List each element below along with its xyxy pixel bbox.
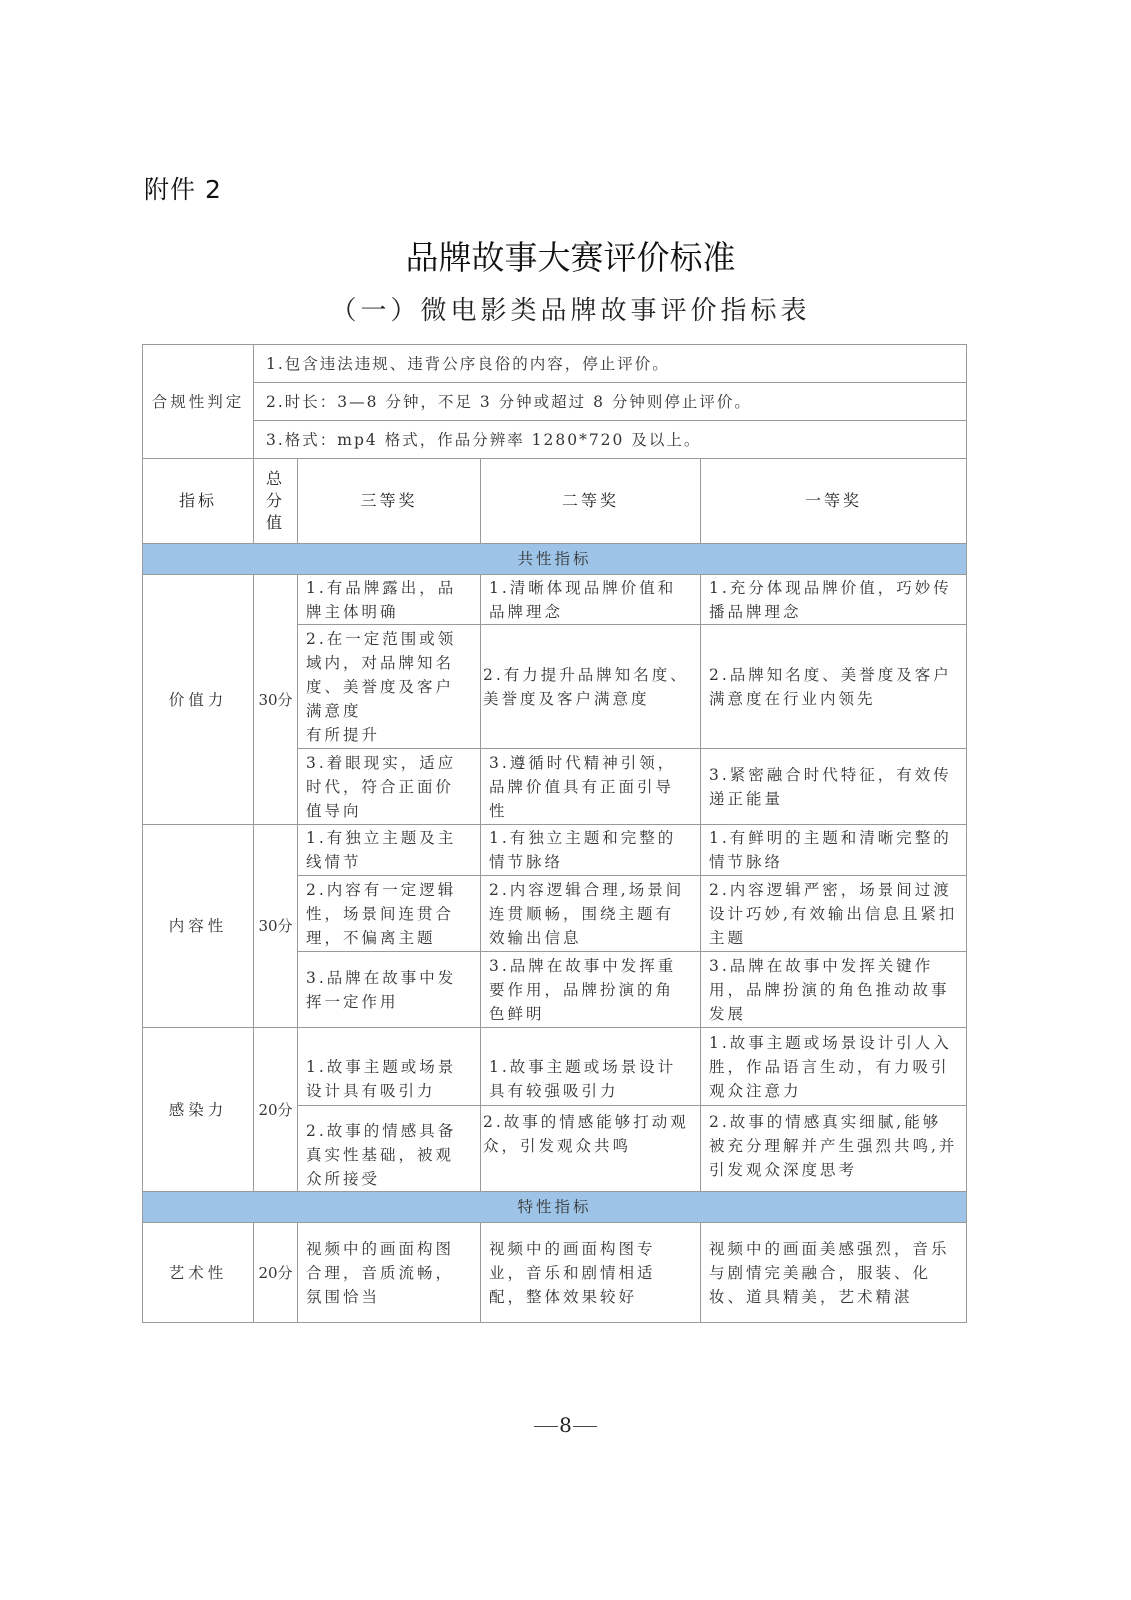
criterion-first: 2.品牌知名度、美誉度及客户满意度在行业内领先 xyxy=(701,625,967,749)
criterion-first: 1.充分体现品牌价值，巧妙传播品牌理念 xyxy=(701,575,967,625)
criterion-first: 1.有鲜明的主题和清晰完整的情节脉络 xyxy=(701,825,967,876)
criterion-first: 视频中的画面美感强烈，音乐与剧情完美融合，服装、化妆、道具精美，艺术精湛 xyxy=(701,1223,967,1323)
indicator-score: 30分 xyxy=(254,825,298,1028)
header-first-prize: 一等奖 xyxy=(701,459,967,544)
section-row-common: 共性指标 xyxy=(143,544,967,575)
compliance-row: 合规性判定 1.包含违法违规、违背公序良俗的内容，停止评价。 xyxy=(143,345,967,383)
indicator-score: 20分 xyxy=(254,1028,298,1192)
table-row: 感染力 20分 1.故事主题或场景设计具有吸引力 1.故事主题或场景设计具有较强… xyxy=(143,1028,967,1106)
criterion-third: 视频中的画面构图合理，音质流畅，氛围恰当 xyxy=(298,1223,481,1323)
header-indicator: 指标 xyxy=(143,459,254,544)
dash-right xyxy=(573,1426,597,1427)
criterion-third: 3.品牌在故事中发挥一定作用 xyxy=(298,952,481,1028)
table-header-row: 指标 总 分 值 三等奖 二等奖 一等奖 xyxy=(143,459,967,544)
indicator-name: 内容性 xyxy=(143,825,254,1028)
section-row-special: 特性指标 xyxy=(143,1192,967,1223)
indicator-score: 20分 xyxy=(254,1223,298,1323)
criterion-second: 3.遵循时代精神引领，品牌价值具有正面引导性 xyxy=(481,749,701,825)
criterion-second: 1.有独立主题和完整的情节脉络 xyxy=(481,825,701,876)
compliance-label: 合规性判定 xyxy=(143,345,254,459)
header-third-prize: 三等奖 xyxy=(298,459,481,544)
indicator-score: 30分 xyxy=(254,575,298,825)
criterion-third: 2.故事的情感具备真实性基础，被观众所接受 xyxy=(298,1106,481,1192)
criterion-third: 2.内容有一定逻辑性，场景间连贯合理，不偏离主题 xyxy=(298,876,481,952)
table-row: 内容性 30分 1.有独立主题及主线情节 1.有独立主题和完整的情节脉络 1.有… xyxy=(143,825,967,876)
attachment-label: 附件 2 xyxy=(144,170,222,206)
compliance-rule: 1.包含违法违规、违背公序良俗的内容，停止评价。 xyxy=(254,345,967,383)
page-number-value: 8 xyxy=(559,1413,572,1437)
table-row: 价值力 30分 1.有品牌露出，品牌主体明确 1.清晰体现品牌价值和品牌理念 1… xyxy=(143,575,967,625)
dash-left xyxy=(534,1426,558,1427)
criterion-first: 3.品牌在故事中发挥关键作用，品牌扮演的角色推动故事发展 xyxy=(701,952,967,1028)
criterion-text: 2.在一定范围或领域内，对品牌知名度、美誉度及客户满意度 有所提升 xyxy=(306,630,456,744)
header-total-score-char: 总 xyxy=(262,468,289,490)
section-label: 特性指标 xyxy=(143,1192,967,1223)
compliance-rule: 2.时长：3—8 分钟，不足 3 分钟或超过 8 分钟则停止评价。 xyxy=(254,383,967,421)
criterion-first: 3.紧密融合时代特征，有效传递正能量 xyxy=(701,749,967,825)
header-total-score: 总 分 值 xyxy=(254,459,298,544)
compliance-row: 2.时长：3—8 分钟，不足 3 分钟或超过 8 分钟则停止评价。 xyxy=(143,383,967,421)
compliance-row: 3.格式：mp4 格式，作品分辨率 1280*720 及以上。 xyxy=(143,421,967,459)
criterion-second: 视频中的画面构图专业，音乐和剧情相适配，整体效果较好 xyxy=(481,1223,701,1323)
indicator-name: 价值力 xyxy=(143,575,254,825)
evaluation-table: 合规性判定 1.包含违法违规、违背公序良俗的内容，停止评价。 2.时长：3—8 … xyxy=(142,344,967,1323)
header-total-score-char: 值 xyxy=(262,512,289,534)
header-total-score-char: 分 xyxy=(262,490,289,512)
header-second-prize: 二等奖 xyxy=(481,459,701,544)
table-row: 艺术性 20分 视频中的画面构图合理，音质流畅，氛围恰当 视频中的画面构图专业，… xyxy=(143,1223,967,1323)
criterion-third: 1.故事主题或场景设计具有吸引力 xyxy=(298,1028,481,1106)
criterion-first: 2.故事的情感真实细腻,能够被充分理解并产生强烈共鸣,并引发观众深度思考 xyxy=(701,1106,967,1192)
criterion-first: 1.故事主题或场景设计引人入胜，作品语言生动，有力吸引观众注意力 xyxy=(701,1028,967,1106)
criterion-second: 2.内容逻辑合理,场景间连贯顺畅，围绕主题有效输出信息 xyxy=(481,876,701,952)
compliance-rule: 3.格式：mp4 格式，作品分辨率 1280*720 及以上。 xyxy=(254,421,967,459)
indicator-name: 感染力 xyxy=(143,1028,254,1192)
criterion-second: 2.故事的情感能够打动观众，引发观众共鸣 xyxy=(481,1106,701,1192)
criterion-second: 1.故事主题或场景设计具有较强吸引力 xyxy=(481,1028,701,1106)
section-label: 共性指标 xyxy=(143,544,967,575)
criterion-second: 2.有力提升品牌知名度、美誉度及客户满意度 xyxy=(481,625,701,749)
criterion-first: 2.内容逻辑严密，场景间过渡设计巧妙,有效输出信息且紧扣主题 xyxy=(701,876,967,952)
page-subtitle: （一）微电影类品牌故事评价指标表 xyxy=(0,290,1131,327)
criterion-third: 2.在一定范围或领域内，对品牌知名度、美誉度及客户满意度 有所提升 xyxy=(298,625,481,749)
criterion-third: 3.着眼现实，适应时代，符合正面价值导向 xyxy=(298,749,481,825)
page-title: 品牌故事大赛评价标准 xyxy=(0,232,1131,279)
criterion-third: 1.有品牌露出，品牌主体明确 xyxy=(298,575,481,625)
criterion-second: 3.品牌在故事中发挥重要作用，品牌扮演的角色鲜明 xyxy=(481,952,701,1028)
criterion-third: 1.有独立主题及主线情节 xyxy=(298,825,481,876)
criterion-second: 1.清晰体现品牌价值和品牌理念 xyxy=(481,575,701,625)
page-number: 8 xyxy=(0,1413,1131,1437)
indicator-name: 艺术性 xyxy=(143,1223,254,1323)
